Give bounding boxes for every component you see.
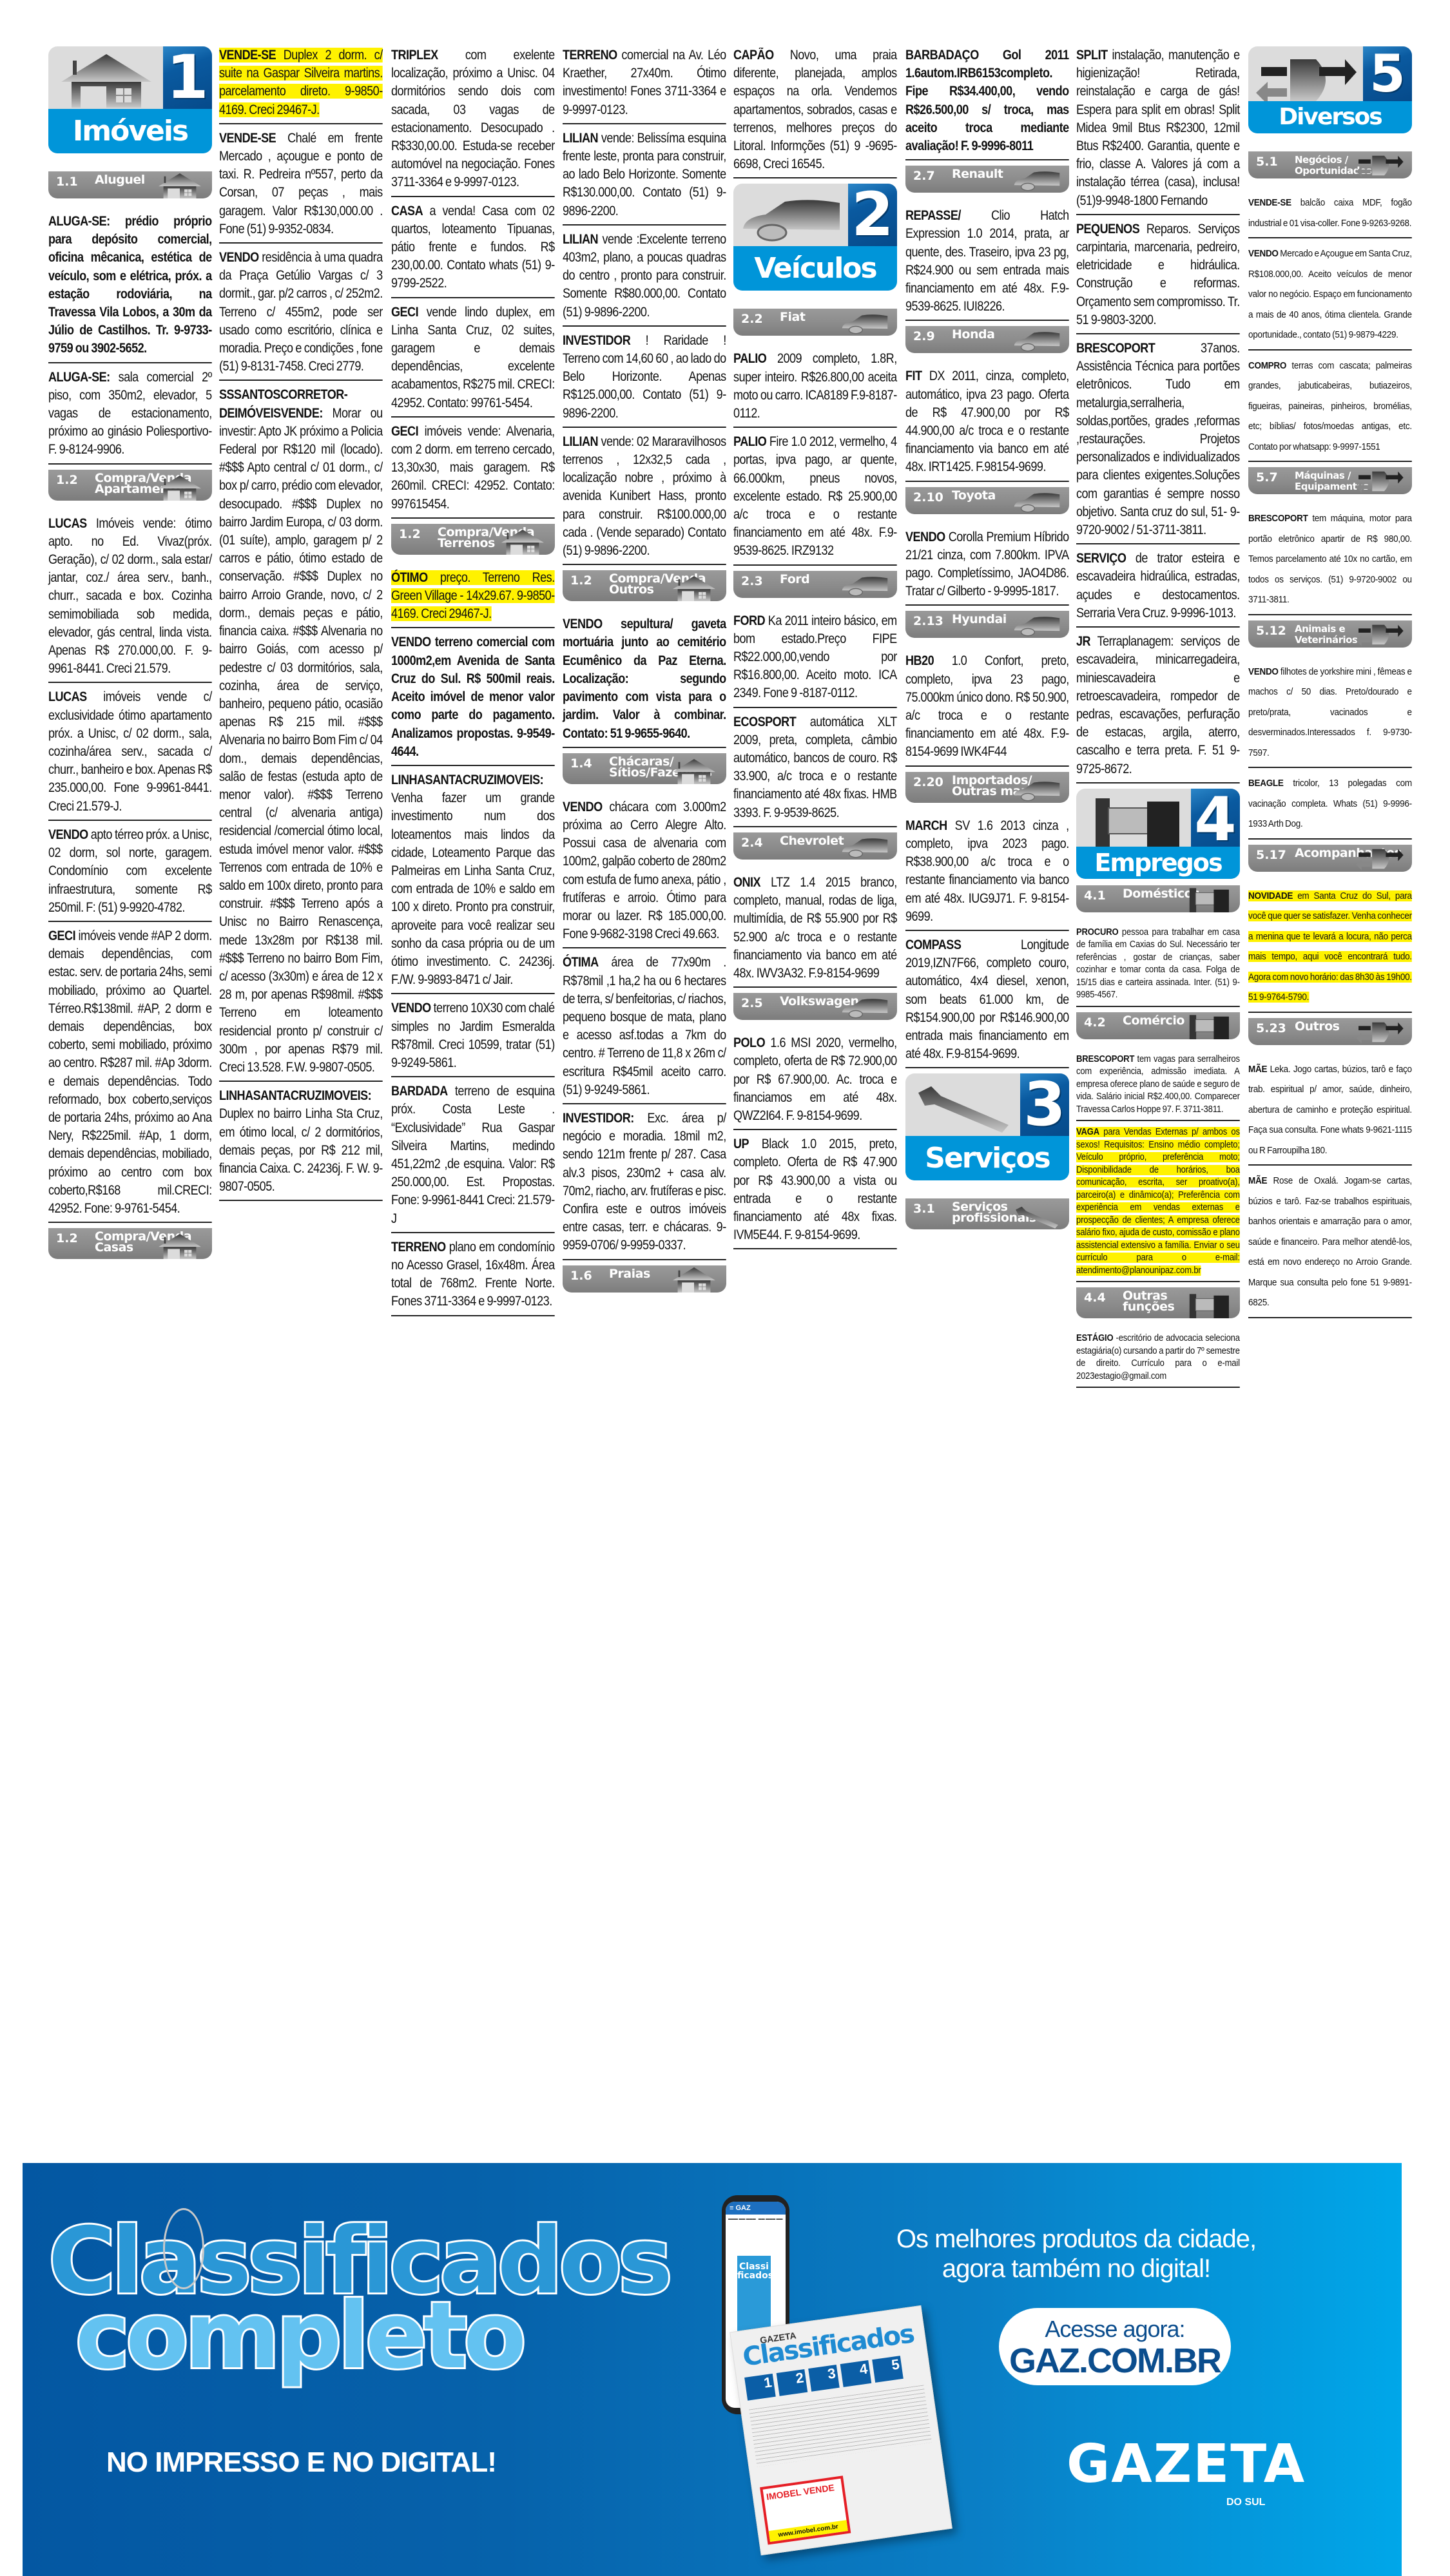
category-label: Empregos [1076, 847, 1240, 879]
section-code: 1.1 [56, 175, 78, 189]
category-number: 3 [1020, 1073, 1069, 1136]
wrench-icon [912, 1080, 1015, 1135]
section-1-2-casas: 1.2 Compra/Venda Casas [48, 1228, 212, 1259]
section-name: Toyota [952, 490, 996, 501]
section-code: 5.7 [1256, 470, 1278, 485]
category-label: Imóveis [48, 109, 212, 153]
tagline-line-2: agora também no digital! [876, 2254, 1276, 2283]
newspaper-ad-label: IMOBEL VENDE [763, 2479, 843, 2505]
house-icon [664, 1267, 724, 1293]
newspaper-ad-box: IMOBEL VENDE www.imobel.com.br [760, 2475, 851, 2544]
classified-ad: SPLIT instalação, manutenção e higieniza… [1076, 46, 1240, 215]
section-1-6-praias: 1.6 Praias [563, 1265, 726, 1293]
banner-subtitle: NO IMPRESSO E NO DIGITAL! [106, 2446, 496, 2479]
section-5-12-animais: 5.12 Animais e Veterinários [1248, 620, 1412, 648]
classified-ad: ECOSPORT automática XLT 2009, preta, com… [733, 713, 897, 827]
section-5-7-maquinas: 5.7 Máquinas / Equipamentos [1248, 467, 1412, 494]
promo-banner: Classificados completo NO IMPRESSO E NO … [23, 2163, 1402, 2576]
gazeta-logo-sub: DO SUL [1226, 2497, 1265, 2508]
classified-ad: SSSANTOSCORRETOR-DEIMÓVEISVENDE: Morar o… [219, 386, 383, 1082]
section-2-9-honda: 2.9 Honda [905, 326, 1069, 353]
classified-ad: VENDE-SE balcão caixa MDF, fogão industr… [1248, 193, 1412, 238]
classified-ad-highlighted: ÓTIMO preço. Terreno Res. Green Village … [391, 569, 555, 629]
classified-ad: BARDADA terreno de esquina próx. Costa L… [391, 1082, 555, 1233]
category-number: 2 [848, 184, 897, 246]
section-2-2-fiat: 2.2 Fiat [733, 309, 897, 336]
column-1: 1 Imóveis 1.1 Aluguel ALUGA-SE: prédio p… [48, 46, 212, 1273]
car-icon [835, 834, 894, 860]
section-2-13-hyundai: 2.13 Hyundai [905, 611, 1069, 638]
section-name: Chevrolet [780, 836, 844, 847]
section-code: 1.4 [570, 756, 592, 771]
arrows-icon [1255, 53, 1358, 108]
house-icon [150, 1233, 209, 1259]
section-code: 1.2 [56, 473, 78, 487]
car-icon [1007, 488, 1067, 514]
classified-ad: ONIX LTZ 1.4 2015 branco, completo, manu… [733, 874, 897, 988]
classified-ad: TERRENO comercial na Av. Léo Kraether, 2… [563, 46, 726, 124]
car-icon [1007, 167, 1067, 193]
arrows-icon [1350, 153, 1409, 178]
phone-app-bar: ≡ GAZ [726, 2202, 786, 2215]
house-icon [493, 529, 552, 555]
column-7: SPLIT instalação, manutenção e higieniza… [1076, 46, 1240, 1393]
classified-ad: BRESCOPORT tem vagas para serralheiros c… [1076, 1053, 1240, 1122]
category-label: Serviços [905, 1136, 1069, 1180]
classified-ad: VENDO sepultura/ gaveta mortuária junto … [563, 615, 726, 747]
classified-ad: PALIO 2009 completo, 1.8R, super inteiro… [733, 350, 897, 428]
category-empregos-header: 4 Empregos [1076, 789, 1240, 879]
classified-ad: COMPRO terras com cascata; palmeiras gra… [1248, 356, 1412, 463]
magnifier-icon [163, 2208, 204, 2289]
newspaper-image: GAZETA Classificados 12345 IMOBEL VENDE … [730, 2305, 952, 2555]
section-code: 1.2 [56, 1231, 78, 1245]
section-code: 5.1 [1256, 155, 1278, 169]
desk-icon [1178, 1014, 1237, 1039]
banner-tagline: Os melhores produtos da cidade, agora ta… [876, 2224, 1276, 2283]
classified-ad: ÓTIMA área de 77x90m . R$78mil ,1 ha,2 h… [563, 954, 726, 1104]
car-icon [1007, 777, 1067, 803]
section-3-1-servicos-profissionais: 3.1 Serviços profissionais [905, 1198, 1069, 1229]
classified-ad: COMPASS Longitude 2019,IZN7F66, completo… [905, 936, 1069, 1068]
category-diversos-header: 5 Diversos [1248, 46, 1412, 133]
category-veiculos-header: 2 Veículos [733, 184, 897, 291]
cta-url[interactable]: GAZ.COM.BR [999, 2343, 1231, 2379]
classified-ad: VENDO Mercado e Açougue em Santa Cruz, R… [1248, 244, 1412, 351]
column-4: TERRENO comercial na Av. Léo Kraether, 2… [563, 46, 726, 1307]
phone-app-name: GAZ [735, 2204, 750, 2212]
classified-ad: INVESTIDOR ! Raridade ! Terreno com 14,6… [563, 332, 726, 428]
classified-ad: ALUGA-SE: prédio próprio para depósito c… [48, 213, 212, 363]
classified-ad-highlighted: NOVIDADE em Santa Cruz do Sul, para você… [1248, 886, 1412, 1013]
banner-title-completo: completo [75, 2283, 523, 2389]
column-8: 5 Diversos 5.1 Negócios / Oportunidades … [1248, 46, 1412, 1323]
section-5-1-negocios: 5.1 Negócios / Oportunidades [1248, 151, 1412, 178]
classified-ad: ESTÁGIO -escritório de advocacia selecio… [1076, 1332, 1240, 1388]
section-code: 5.23 [1256, 1021, 1286, 1035]
wrench-icon [1007, 1204, 1067, 1229]
gazeta-logo: GAZETA [1067, 2434, 1306, 2495]
desk-icon [1083, 795, 1186, 850]
section-5-23-outros: 5.23 Outros [1248, 1018, 1412, 1045]
section-name: Fiat [780, 312, 805, 323]
classifieds-page: 1 Imóveis 1.1 Aluguel ALUGA-SE: prédio p… [48, 46, 1411, 2153]
classified-ad: TERRENO plano em condomínio no Acesso Gr… [391, 1238, 555, 1316]
house-icon [55, 53, 158, 108]
section-code: 5.17 [1256, 848, 1286, 862]
section-2-3-ford: 2.3 Ford [733, 571, 897, 598]
house-icon [664, 758, 724, 784]
section-code: 4.4 [1084, 1291, 1106, 1305]
classified-ad: POLO 1.6 MSI 2020, vermelho, completo, o… [733, 1034, 897, 1130]
classified-ad: LILIAN vende: 02 Mararavilhosos terrenos… [563, 433, 726, 565]
section-code: 2.20 [913, 775, 943, 789]
section-2-5-volkswagen: 2.5 Volkswagen [733, 993, 897, 1020]
newspaper-ad-url: www.imobel.com.br [769, 2520, 848, 2542]
classified-ad: BRESCOPORT 37anos. Assistência Técnica p… [1076, 340, 1240, 544]
section-2-10-toyota: 2.10 Toyota [905, 487, 1069, 514]
section-code: 1.6 [570, 1269, 592, 1283]
arrows-icon [1350, 1019, 1409, 1045]
classified-ad: INVESTIDOR: Exc. área p/ negócio e morad… [563, 1110, 726, 1260]
section-code: 2.10 [913, 490, 943, 505]
section-name: Hyundai [952, 614, 1007, 625]
column-6: BARBADAÇO Gol 2011 1.6autom.IRB6153compl… [905, 46, 1069, 1244]
section-2-7-renault: 2.7 Renault [905, 166, 1069, 193]
car-icon [740, 190, 843, 245]
classified-ad: CASA a venda! Casa com 02 quartos, lotea… [391, 202, 555, 298]
classified-ad: LINHASANTACRUZIMOVEIS: Venha fazer um gr… [391, 771, 555, 994]
car-icon [1007, 612, 1067, 638]
classified-ad: TRIPLEX com exelente localização, próxim… [391, 46, 555, 197]
category-number: 5 [1363, 46, 1412, 101]
classified-ad: BRESCOPORT tem máquina, motor para portã… [1248, 508, 1412, 615]
cta-label: Acesse agora: [999, 2308, 1231, 2343]
phone-news: ▬▬▬ ▬▬ ▬▬▬▬▬ ▬▬▬ ▬▬ [726, 2215, 786, 2224]
section-code: 5.12 [1256, 624, 1286, 638]
classified-ad: VENDO terreno 10X30 com chalé simples no… [391, 999, 555, 1077]
classified-ad: SERVIÇO de trator esteira e escavadeira … [1076, 550, 1240, 628]
classified-ad: FORD Ka 2011 inteiro básico, em bom esta… [733, 612, 897, 708]
arrows-icon [1350, 468, 1409, 494]
classified-ad: VENDO chácara com 3.000m2 próxima ao Cer… [563, 798, 726, 949]
section-name: Praias [609, 1269, 650, 1280]
column-3: TRIPLEX com exelente localização, próxim… [391, 46, 555, 1322]
category-number: 1 [163, 46, 212, 109]
car-icon [835, 994, 894, 1020]
classified-ad-highlighted: VAGA para Vendas Externas p/ ambos os se… [1076, 1126, 1240, 1282]
section-4-4-outras-funcoes: 4.4 Outras funções [1076, 1287, 1240, 1318]
classified-ad: VENDO Corolla Premium Híbrido 21/21 cinz… [905, 528, 1069, 606]
section-code: 2.13 [913, 614, 943, 628]
section-code: 4.2 [1084, 1015, 1106, 1030]
section-name: Renault [952, 169, 1003, 180]
classified-ad: PEQUENOS Reparos. Serviços carpintaria, … [1076, 220, 1240, 334]
section-5-17-acompanhantes: 5.17 Acompanhantes [1248, 845, 1412, 872]
classified-ad-highlighted: VENDE-SE Duplex 2 dorm. c/ suite na Gasp… [219, 46, 383, 124]
section-1-1-aluguel: 1.1 Aluguel [48, 171, 212, 198]
section-name: Outros [1295, 1021, 1340, 1032]
section-2-4-chevrolet: 2.4 Chevrolet [733, 832, 897, 860]
section-code: 4.1 [1084, 889, 1106, 903]
section-code: 1.2 [570, 573, 592, 588]
house-icon [664, 575, 724, 601]
desk-icon [1178, 887, 1237, 912]
section-code: 1.2 [399, 527, 421, 541]
section-4-2-comercio: 4.2 Comércio [1076, 1012, 1240, 1039]
section-name: Outras funções [1123, 1291, 1181, 1312]
classified-ad: LUCAS Imóveis vende: ótimo apto. no Ed. … [48, 515, 212, 684]
section-code: 2.2 [741, 312, 763, 326]
section-code: 2.5 [741, 996, 763, 1010]
classified-ad: ALUGA-SE: sala comercial 2º piso, com 35… [48, 369, 212, 465]
section-code: 2.7 [913, 169, 935, 183]
category-imoveis-header: 1 Imóveis [48, 46, 212, 153]
classified-ad: VENDE-SE Chalé em frente Mercado , açoug… [219, 130, 383, 244]
section-code: 2.3 [741, 574, 763, 588]
section-name: Honda [952, 329, 994, 340]
classified-ad: VENDO apto térreo próx. a Unisc, 02 dorm… [48, 826, 212, 922]
arrows-icon [1350, 622, 1409, 648]
desk-icon [1178, 1293, 1237, 1318]
category-label: Diversos [1248, 101, 1412, 133]
category-label: Veículos [733, 246, 897, 291]
section-name: Comércio [1123, 1015, 1184, 1026]
classified-ad: LINHASANTACRUZIMOVEIS: Duplex no bairro … [219, 1087, 383, 1201]
section-1-2-apartamentos: 1.2 Compra/Venda Apartamentos [48, 470, 212, 501]
section-code: 3.1 [913, 1202, 935, 1216]
access-now-link[interactable]: Acesse agora: GAZ.COM.BR [999, 2308, 1231, 2385]
classified-ad: MÃE Leka. Jogo cartas, búzios, tarô e fa… [1248, 1059, 1412, 1166]
section-1-2-outros: 1.2 Compra/Venda Outros [563, 570, 726, 601]
classified-ad: LILIAN vende: Belissíma esquina frente l… [563, 130, 726, 226]
car-icon [835, 572, 894, 598]
classified-ad: VENDO filhotes de yorkshire mini , fêmea… [1248, 662, 1412, 769]
column-2: VENDE-SE Duplex 2 dorm. c/ suite na Gasp… [219, 46, 383, 1206]
category-servicos-header: 3 Serviços [905, 1073, 1069, 1180]
classified-ad: VENDO terreno comercial com 1000m2,em Av… [391, 633, 555, 765]
tagline-line-1: Os melhores produtos da cidade, [876, 2224, 1276, 2254]
category-number: 4 [1191, 789, 1240, 851]
classified-ad: GECI imóveis vende #AP 2 dorm. demais de… [48, 927, 212, 1223]
section-1-2-terrenos: 1.2 Compra/Venda Terrenos [391, 524, 555, 555]
classified-ad: FIT DX 2011, cinza, completo, automático… [905, 367, 1069, 481]
classified-ad: VENDO residência à uma quadra da Praça G… [219, 249, 383, 381]
classified-ad: GECI vende lindo duplex, em Linha Santa … [391, 303, 555, 418]
classified-ad: LUCAS imóveis vende c/ exclusividade óti… [48, 688, 212, 820]
section-name: Aluguel [95, 175, 145, 186]
classified-ad: CAPÃO Novo, uma praia diferente, planeja… [733, 46, 897, 178]
house-icon [150, 475, 209, 501]
section-code: 2.4 [741, 836, 763, 850]
classified-ad: PALIO Fire 1.0 2012, vermelho, 4 portas,… [733, 433, 897, 565]
phone-classificados-ad: Classi ficados [737, 2256, 771, 2333]
section-1-4-chacaras: 1.4 Chácaras/ Sítios/Fazendas [563, 753, 726, 784]
classified-ad: GECI imóveis vende: Alvenaria, com 2 dor… [391, 423, 555, 519]
column-5: CAPÃO Novo, uma praia diferente, planeja… [733, 46, 897, 1254]
classified-ad: UP Black 1.0 2015, preto, completo. Ofer… [733, 1135, 897, 1249]
classified-ad: REPASSE/ Clio Hatch Expression 1.0 2014,… [905, 207, 1069, 321]
classified-ad: BEAGLE tricolor, 13 polegadas com vacina… [1248, 773, 1412, 840]
classified-ad: LILIAN vende :Excelente terreno 403m2, p… [563, 231, 726, 327]
house-icon [150, 173, 209, 198]
classified-ad: MARCH SV 1.6 2013 cinza , completo, ipva… [905, 817, 1069, 931]
section-4-1-domesticos: 4.1 Domésticos [1076, 885, 1240, 912]
car-icon [835, 310, 894, 336]
classified-ad: PROCURO pessoa para trabalhar em casa de… [1076, 927, 1240, 1007]
classified-ad: HB20 1.0 Confort, preto, completo, ipva … [905, 652, 1069, 766]
section-2-20-importados: 2.20 Importados/ Outras marcas [905, 772, 1069, 803]
section-name: Ford [780, 574, 809, 585]
arrows-icon [1350, 846, 1409, 872]
classified-ad: MÃE Rose de Oxalá. Jogam-se cartas, búzi… [1248, 1171, 1412, 1318]
classified-ad: BARBADAÇO Gol 2011 1.6autom.IRB6153compl… [905, 46, 1069, 160]
section-code: 2.9 [913, 329, 935, 343]
car-icon [1007, 327, 1067, 353]
classified-ad: JR Terraplanagem: serviços de escavadeir… [1076, 633, 1240, 783]
